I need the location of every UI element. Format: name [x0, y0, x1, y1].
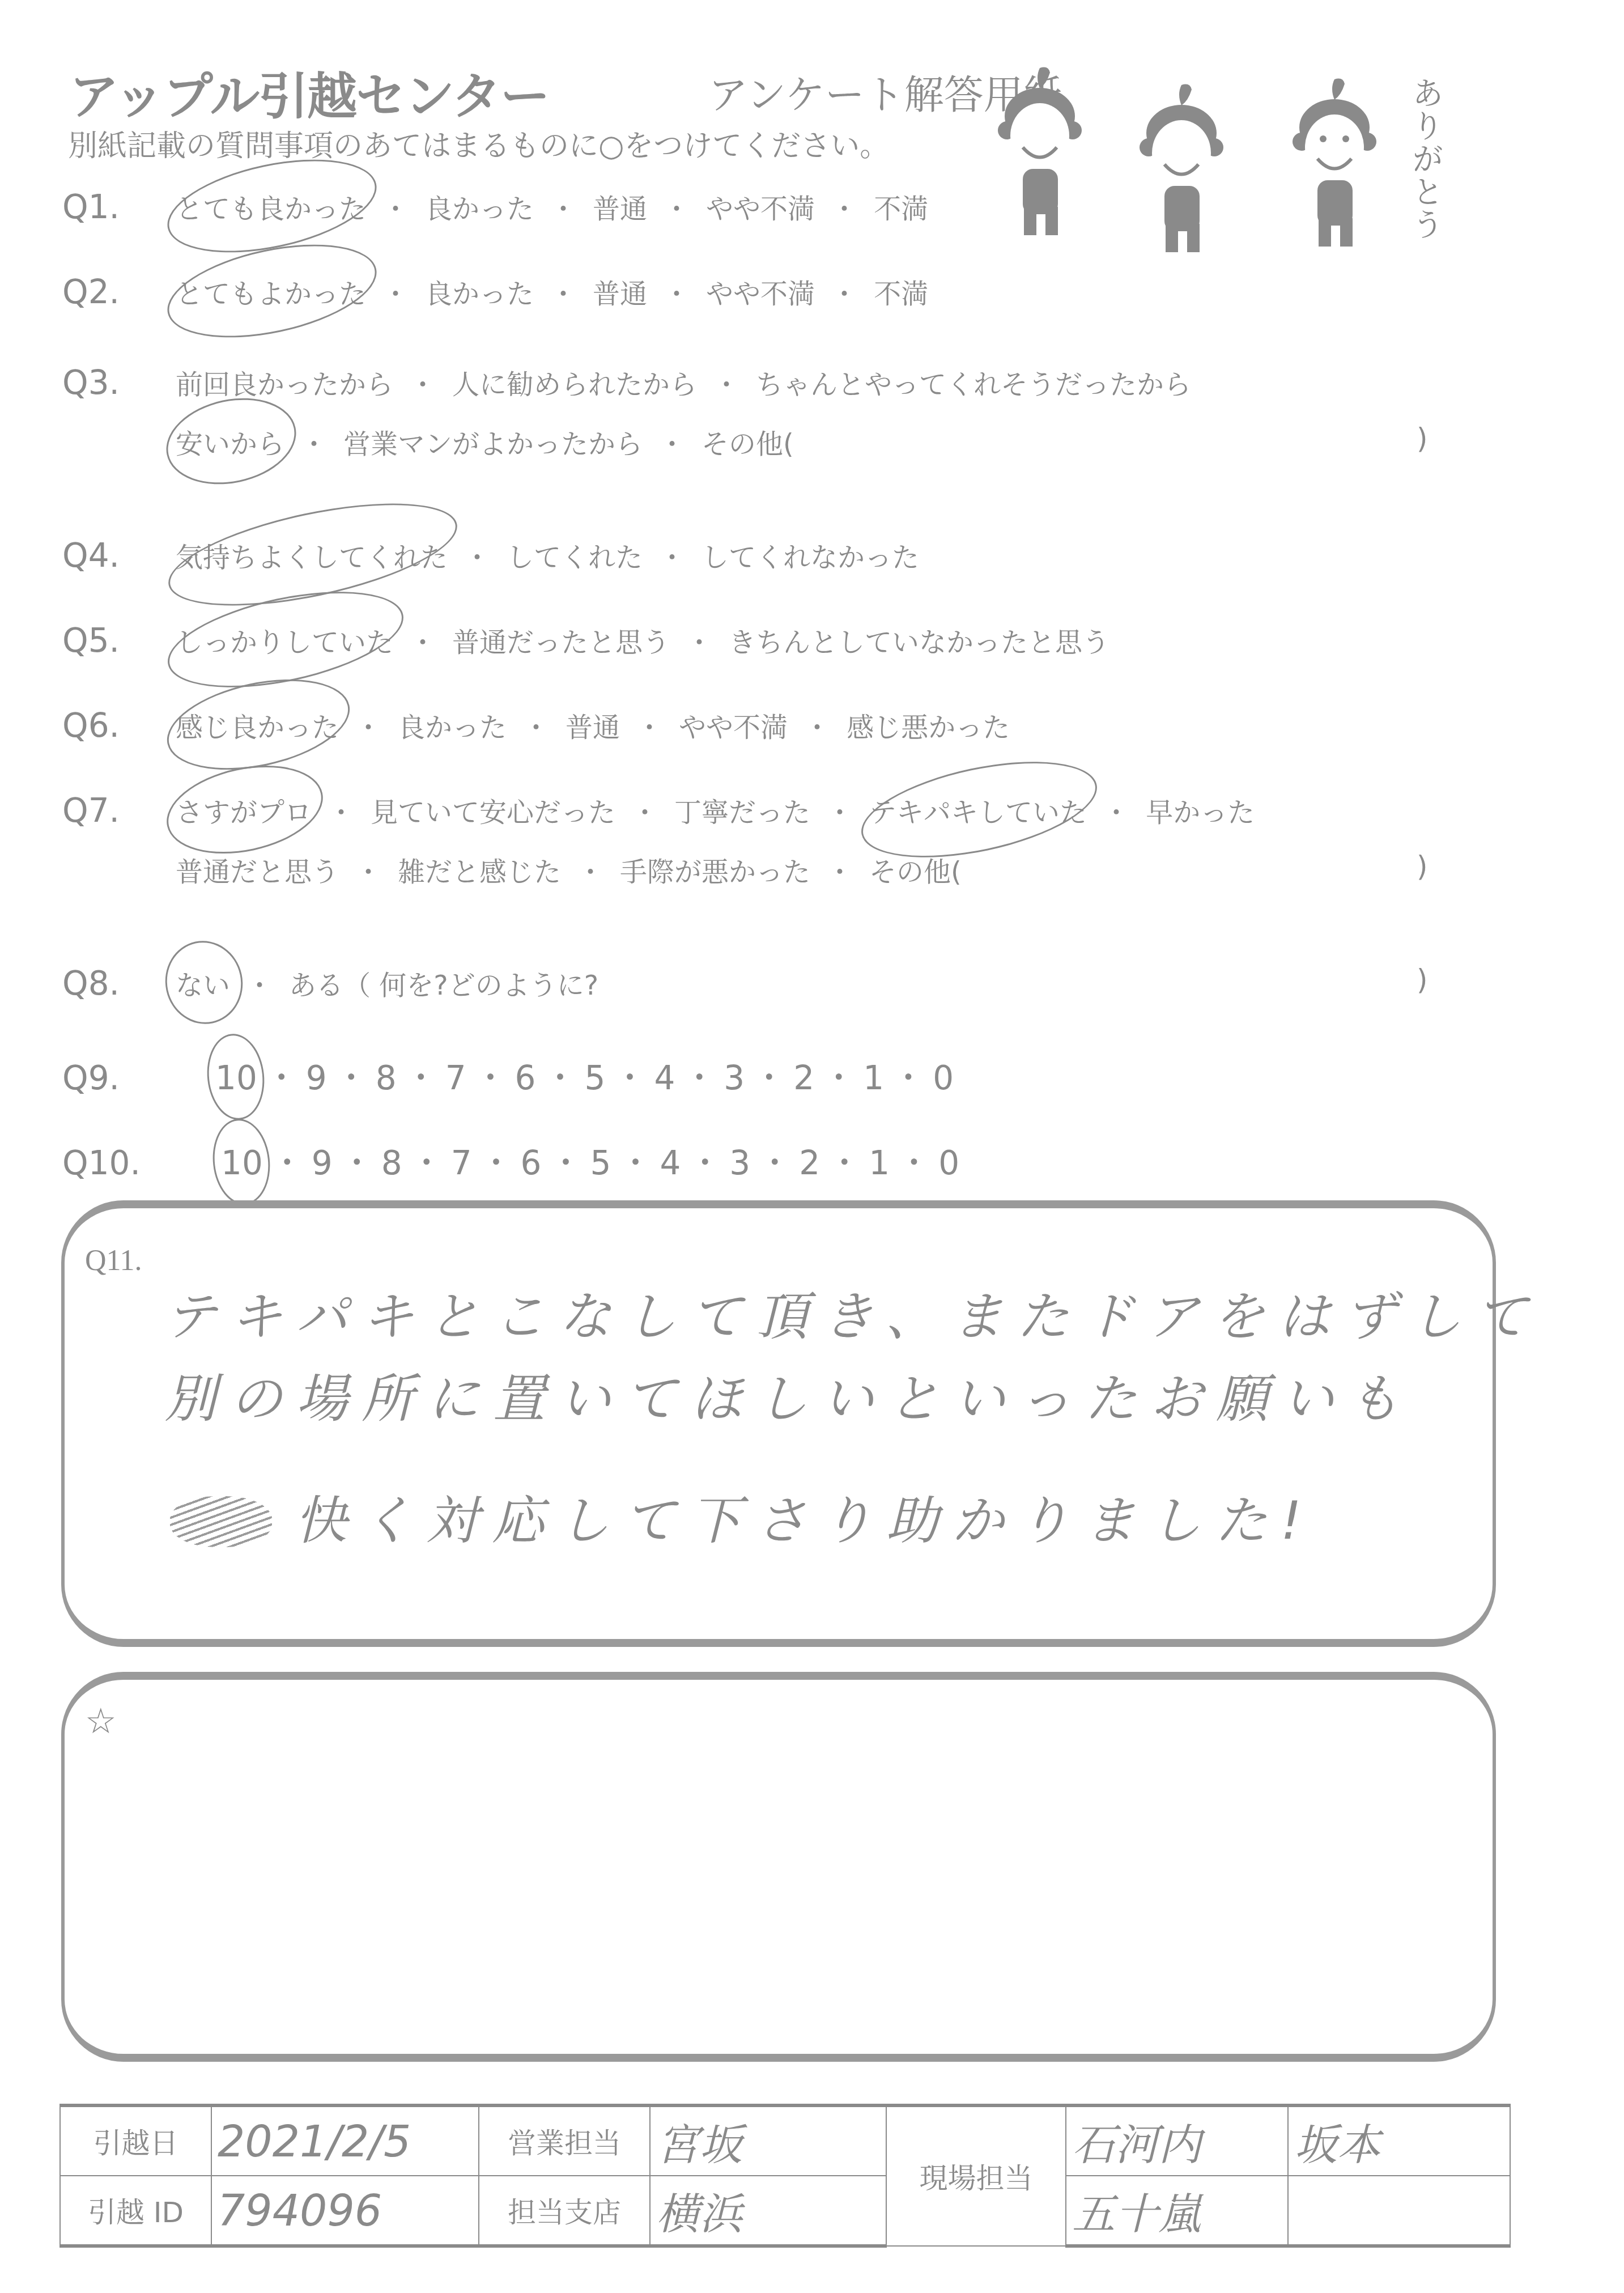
question-label: Q9. — [62, 1059, 215, 1097]
score-option[interactable]: 8 — [381, 1144, 402, 1182]
question-q10: Q10. 10・ 9・ 8・ 7・ 6・ 5・ 4・ 3・ 2・ 1・ 0 — [62, 1136, 959, 1184]
option-selected[interactable]: ない — [176, 963, 230, 1003]
option[interactable]: 良かった — [425, 272, 534, 311]
q11-handwritten-line: 別の場所に置いてほしいといったお願いも — [164, 1357, 1413, 1432]
q11-handwritten-line: テキパキとこなして頂き、またドアをはずして — [164, 1275, 1541, 1350]
option[interactable]: 雑だと感じた — [398, 850, 561, 889]
question-label: Q3. — [62, 363, 176, 402]
question-label: Q2. — [62, 273, 176, 311]
field-staff-value[interactable]: 五十嵐 — [1066, 2176, 1288, 2246]
field-staff-value[interactable] — [1288, 2176, 1510, 2246]
option[interactable]: 手際が悪かった — [620, 850, 810, 889]
score-option-selected[interactable]: 10 — [215, 1059, 257, 1097]
field-staff-label: 現場担当 — [886, 2105, 1066, 2246]
question-q7-line2: 普通だと思う・ 雑だと感じた・ 手際が悪かった・ その他( — [176, 850, 962, 889]
option-other[interactable]: その他( — [702, 422, 794, 461]
option[interactable]: 早かった — [1146, 791, 1255, 830]
move-info-table: 引越日 2021/2/5 営業担当 宮坂 現場担当 石河内 坂本 引越 ID 7… — [59, 2104, 1511, 2248]
q11-label: Q11. — [85, 1244, 142, 1277]
field-staff-value[interactable]: 石河内 — [1066, 2105, 1288, 2176]
close-paren: ) — [1417, 422, 1428, 455]
option-selected[interactable]: しっかりしていた — [176, 621, 393, 660]
option[interactable]: 良かった — [398, 706, 507, 745]
question-q8: Q8. ない・ ある（ 何を?どのように? — [62, 963, 598, 1003]
question-q3: Q3. 前回良かったから・ 人に勧められたから・ ちゃんとやってくれそうだったか… — [62, 363, 1191, 402]
option-selected[interactable]: さすがプロ — [176, 791, 312, 830]
score-option[interactable]: 0 — [933, 1059, 954, 1097]
close-paren: ) — [1417, 850, 1428, 883]
score-option[interactable]: 2 — [793, 1059, 814, 1097]
monkey-mascot-icon — [998, 67, 1082, 235]
score-option[interactable]: 0 — [938, 1144, 959, 1182]
move-date-value[interactable]: 2021/2/5 — [211, 2105, 479, 2176]
question-label: Q6. — [62, 706, 176, 745]
score-option[interactable]: 1 — [863, 1059, 884, 1097]
option[interactable]: 良かった — [425, 187, 534, 226]
score-option[interactable]: 9 — [312, 1144, 333, 1182]
option[interactable]: ある（ 何を?どのように? — [289, 963, 598, 1003]
close-paren: ) — [1417, 963, 1428, 996]
option-selected[interactable]: 感じ良かった — [176, 706, 339, 745]
option[interactable]: 丁寧だった — [674, 791, 810, 830]
score-option[interactable]: 4 — [660, 1144, 681, 1182]
option[interactable]: してくれた — [507, 536, 643, 575]
option-other[interactable]: その他( — [869, 850, 962, 889]
company-name: アップル引越センター — [69, 57, 549, 128]
score-option[interactable]: 7 — [451, 1144, 472, 1182]
option[interactable]: 前回良かったから — [176, 363, 393, 402]
star-icon: ☆ — [85, 1700, 117, 1742]
question-q7: Q7. さすがプロ・ 見ていて安心だった・ 丁寧だった・ テキパキしていた・ 早… — [62, 791, 1255, 830]
option-selected[interactable]: とても良かった — [176, 187, 366, 226]
question-label: Q7. — [62, 791, 176, 830]
option[interactable]: 人に勧められたから — [452, 363, 697, 402]
move-id-value[interactable]: 794096 — [211, 2176, 479, 2246]
option[interactable]: 普通 — [593, 272, 647, 311]
score-option[interactable]: 5 — [585, 1059, 606, 1097]
question-q1: Q1. とても良かった・ 良かった・ 普通・ やや不満・ 不満 — [62, 187, 928, 226]
score-option[interactable]: 7 — [445, 1059, 466, 1097]
option[interactable]: 普通だったと思う — [452, 621, 670, 660]
question-label: Q10. — [62, 1144, 221, 1182]
question-label: Q1. — [62, 188, 176, 226]
score-option[interactable]: 5 — [590, 1144, 611, 1182]
option[interactable]: やや不満 — [679, 706, 788, 745]
score-option[interactable]: 2 — [799, 1144, 820, 1182]
question-label: Q4. — [62, 536, 176, 575]
option[interactable]: きちんとしていなかったと思う — [729, 621, 1109, 660]
option-selected[interactable]: 気持ちよくしてくれた — [176, 536, 448, 575]
branch-label: 担当支店 — [479, 2176, 650, 2246]
question-label: Q8. — [62, 964, 176, 1003]
option[interactable]: やや不満 — [706, 187, 815, 226]
option-selected[interactable]: テキパキしていた — [869, 791, 1087, 830]
score-option-selected[interactable]: 10 — [221, 1144, 263, 1182]
option[interactable]: やや不満 — [706, 272, 815, 311]
instruction-text: 別紙記載の質問事項のあてはまるものに○をつけてください。 — [68, 122, 889, 164]
move-id-label: 引越 ID — [60, 2176, 211, 2246]
option-selected[interactable]: 安いから — [176, 422, 284, 461]
option[interactable]: 普通 — [593, 187, 647, 226]
score-option[interactable]: 6 — [515, 1059, 536, 1097]
score-option[interactable]: 9 — [306, 1059, 327, 1097]
score-option[interactable]: 3 — [724, 1059, 745, 1097]
move-date-label: 引越日 — [60, 2105, 211, 2176]
option[interactable]: 不満 — [874, 187, 928, 226]
mascot-caption: ありがとう — [1402, 77, 1448, 241]
score-option[interactable]: 1 — [869, 1144, 890, 1182]
question-label: Q5. — [62, 621, 176, 660]
question-q4: Q4. 気持ちよくしてくれた・ してくれた・ してくれなかった — [62, 536, 919, 575]
score-option[interactable]: 4 — [654, 1059, 675, 1097]
option[interactable]: 不満 — [874, 272, 928, 311]
additional-comment-box[interactable] — [61, 1672, 1496, 2062]
score-option[interactable]: 6 — [521, 1144, 542, 1182]
option[interactable]: 普通 — [566, 706, 620, 745]
question-q3-line2: 安いから・ 営業マンがよかったから・ その他( — [176, 422, 794, 461]
score-option[interactable]: 3 — [729, 1144, 750, 1182]
scribbled-out-text — [170, 1496, 272, 1547]
monkey-mascot-icon — [1140, 84, 1223, 252]
option-selected[interactable]: とてもよかった — [176, 272, 366, 311]
option[interactable]: してくれなかった — [702, 536, 919, 575]
monkey-mascot-icon — [1293, 79, 1376, 247]
sales-rep-value[interactable]: 宮坂 — [650, 2105, 886, 2176]
question-q6: Q6. 感じ良かった・ 良かった・ 普通・ やや不満・ 感じ悪かった — [62, 706, 1010, 745]
sales-rep-label: 営業担当 — [479, 2105, 650, 2176]
option[interactable]: 見ていて安心だった — [371, 791, 615, 830]
q11-handwritten-line: 快く対応して下さり助かりました! — [295, 1479, 1315, 1554]
option[interactable]: 普通だと思う — [176, 850, 339, 889]
question-q5: Q5. しっかりしていた・ 普通だったと思う・ きちんとしていなかったと思う — [62, 621, 1109, 660]
score-option[interactable]: 8 — [376, 1059, 397, 1097]
branch-value[interactable]: 横浜 — [650, 2176, 886, 2246]
option[interactable]: 感じ悪かった — [847, 706, 1010, 745]
question-q2: Q2. とてもよかった・ 良かった・ 普通・ やや不満・ 不満 — [62, 272, 928, 311]
field-staff-value[interactable]: 坂本 — [1288, 2105, 1510, 2176]
option[interactable]: 営業マンがよかったから — [343, 422, 643, 461]
option[interactable]: ちゃんとやってくれそうだったから — [756, 363, 1191, 402]
question-q9: Q9. 10・ 9・ 8・ 7・ 6・ 5・ 4・ 3・ 2・ 1・ 0 — [62, 1051, 954, 1099]
